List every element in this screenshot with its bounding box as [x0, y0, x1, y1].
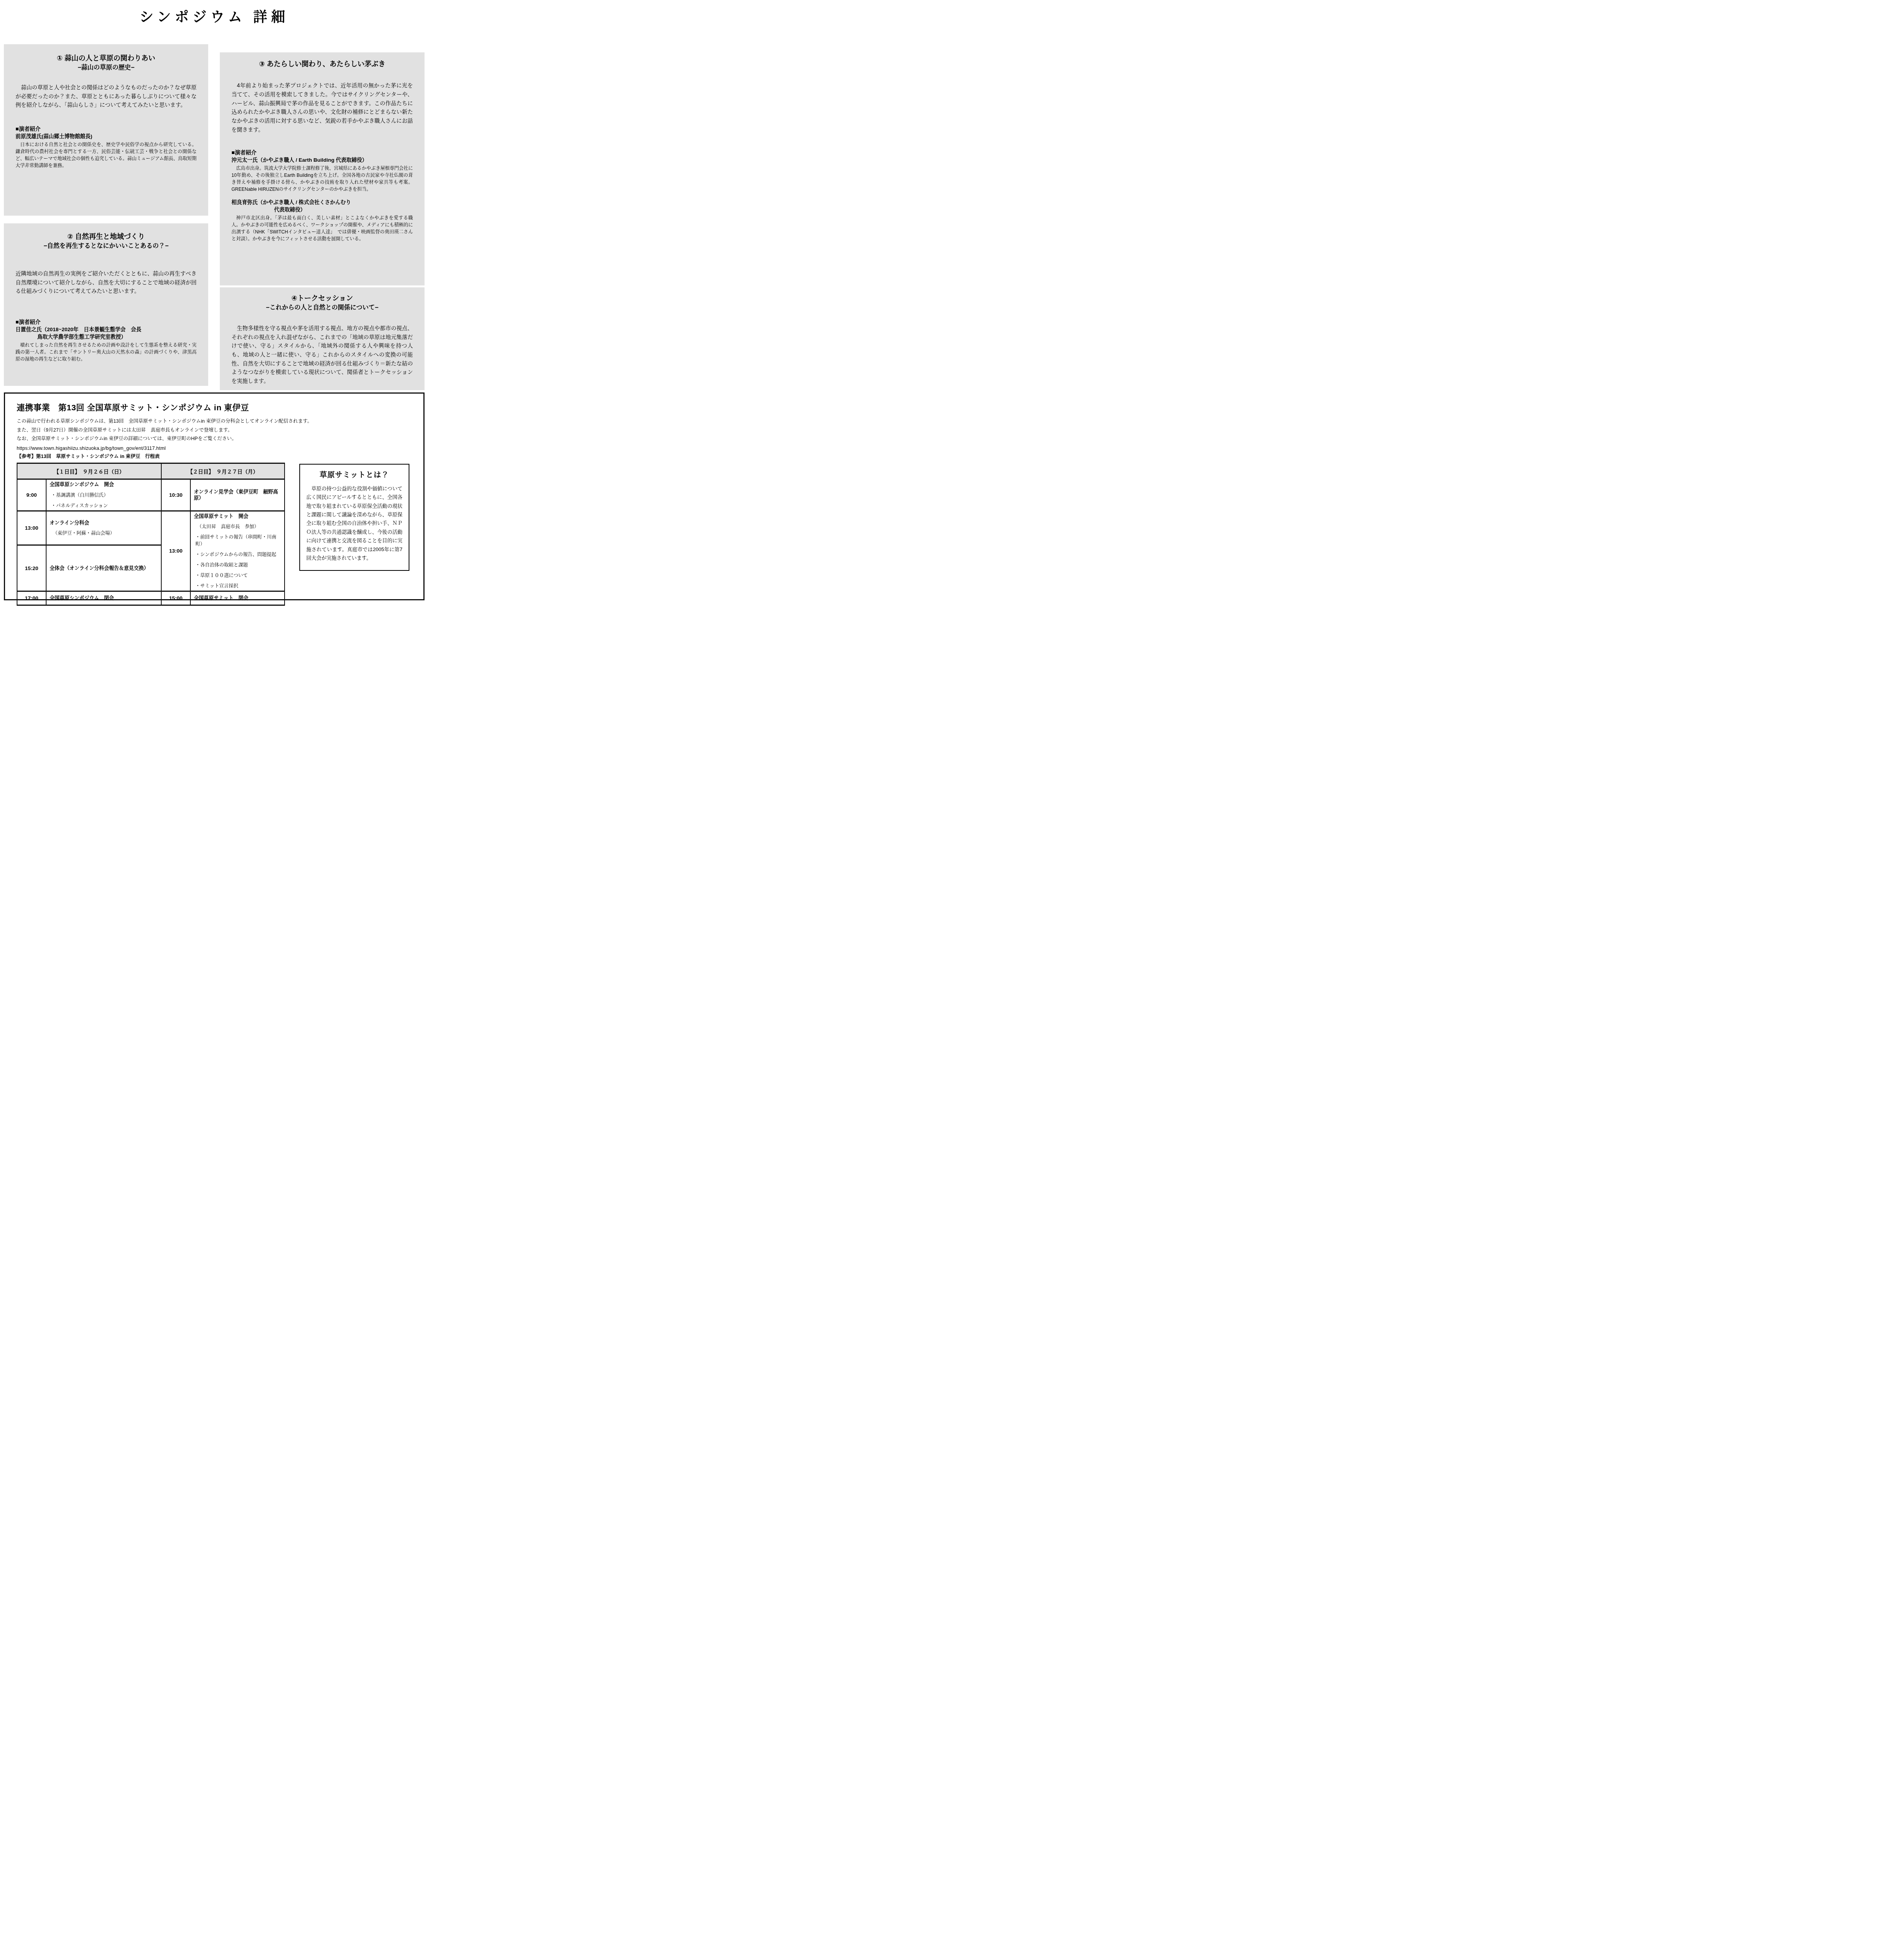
session-1-speakers: ■演者紹介 前原茂雄氏(蒜山郷土博物館館長) 日本における自然と社会との関係史を…: [16, 125, 197, 169]
speakers-label: ■演者紹介: [16, 318, 197, 326]
table-row: 17:00 全国草原シンポジウム 閉会 15:00 全国草原サミット 閉会: [17, 591, 285, 605]
event-title: オンライン見学会（東伊豆町 細野高原）: [194, 489, 281, 501]
session-2-body: 近隣地域の自然再生の実例をご紹介いただくとともに、蒜山の再生すべき自然環境につい…: [16, 269, 197, 296]
speaker-2-name-line1: 相良育弥氏（かやぶき職人 / 株式会社くさかんむり: [231, 199, 413, 206]
table-row: 13:00 オンライン分科会 （東伊豆・阿蘇・蒜山会場） 13:00 全国草原サ…: [17, 511, 285, 545]
event-item: ・各自治体の取組と課題: [194, 561, 281, 568]
schedule-table: 【１日目】 ９月２６日（日） 【２日目】 ９月２７日（月） 9:00 全国草原シ…: [17, 463, 285, 606]
day1-time-4: 17:00: [17, 591, 46, 605]
day1-cell-2: オンライン分科会 （東伊豆・阿蘇・蒜山会場）: [46, 511, 161, 545]
speakers-label: ■演者紹介: [16, 125, 197, 133]
table-row: 9:00 全国草原シンポジウム 開会 ・基調講演（白川勝信氏） ・パネルディスカ…: [17, 479, 285, 511]
partnership-section: 連携事業 第13回 全国草原サミット・シンポジウム in 東伊豆 この蒜山で行わ…: [4, 392, 425, 600]
event-subtitle: （太田昇 真庭市長 参加）: [194, 523, 281, 530]
about-summit-box: 草原サミットとは？ 草原の持つ公益的な役割や価値について広く国民にアピールすると…: [299, 464, 409, 571]
symposium-detail-page: シンポジウム 詳細 ① 蒜山の人と草原の関わりあい −蒜山の草原の歴史− 蒜山の…: [0, 0, 428, 607]
session-1-subheading: −蒜山の草原の歴史−: [16, 64, 197, 72]
session-2-speakers: ■演者紹介 日置佳之氏（2018~2020年 日本景観生態学会 会長 鳥取大学農…: [16, 318, 197, 363]
about-summit-body: 草原の持つ公益的な役割や価値について広く国民にアピールするとともに、全国各地で取…: [306, 484, 402, 562]
page-title: シンポジウム 詳細: [0, 6, 428, 26]
event-item: ・パネルディスカッション: [50, 502, 158, 509]
session-2-card: ② 自然再生と地域づくり −自然を再生するとなにかいいことあるの？− 近隣地域の…: [4, 223, 208, 386]
session-1-heading: ① 蒜山の人と草原の関わりあい: [16, 54, 197, 63]
speaker-name: 前原茂雄氏(蒜山郷土博物館館長): [16, 133, 197, 140]
day1-header: 【１日目】 ９月２６日（日）: [17, 463, 161, 479]
day1-cell-1: 全国草原シンポジウム 開会 ・基調講演（白川勝信氏） ・パネルディスカッション: [46, 479, 161, 511]
session-3-body: 4年前より始まった茅プロジェクトでは、近年活用の無かった茅に光を当てて、その活用…: [231, 81, 413, 134]
session-3-card: ③ あたらしい関わり、あたらしい茅ぶき 4年前より始まった茅プロジェクトでは、近…: [220, 52, 425, 285]
speaker-2-bio: 神戸市北区出身。「茅は最も面白く、美しい素材」とこよなくかやぶきを愛する職人。か…: [231, 214, 413, 242]
event-item: ・前回サミットの報告（串間町・川南町）: [194, 533, 281, 547]
speaker-1-bio: 広島市出身。筑波大学大学院修士課程修了後、宮城県にあるかやぶき屋根専門会社に10…: [231, 165, 413, 193]
session-4-card: ④トークセッション −これからの人と自然との関係について− 生物多様性を守る視点…: [220, 287, 425, 390]
session-1-card: ① 蒜山の人と草原の関わりあい −蒜山の草原の歴史− 蒜山の草原と人や社会との関…: [4, 44, 208, 216]
day1-cell-3: 全体会（オンライン分科会報告＆意見交換）: [46, 545, 161, 591]
event-item: （東伊豆・阿蘇・蒜山会場）: [50, 529, 158, 536]
event-item: ・草原１００選について: [194, 572, 281, 579]
event-item: ・サミット宣言採択: [194, 582, 281, 589]
session-4-subheading: −これからの人と自然との関係について−: [231, 304, 413, 312]
speaker-2: 相良育弥氏（かやぶき職人 / 株式会社くさかんむり 代表取締役） 神戸市北区出身…: [231, 199, 413, 242]
day2-cell-4: 全国草原サミット 閉会: [190, 591, 285, 605]
day2-cell-1: オンライン見学会（東伊豆町 細野高原）: [190, 479, 285, 511]
partnership-description: この蒜山で行われる草原シンポジウムは、第13回 全国草原サミット・シンポジウムi…: [17, 417, 312, 453]
session-3-speakers: ■演者紹介 沖元太一氏（かやぶき職人 / Earth Building 代表取締…: [231, 149, 413, 242]
session-4-body: 生物多様性を守る視点や茅を活用する視点、地方の視点や都市の視点、それぞれの視点を…: [231, 324, 413, 385]
about-summit-title: 草原サミットとは？: [306, 469, 402, 480]
day2-time-1: 10:30: [161, 479, 190, 511]
day2-time-4: 15:00: [161, 591, 190, 605]
day2-cell-2: 全国草原サミット 開会 （太田昇 真庭市長 参加） ・前回サミットの報告（串間町…: [190, 511, 285, 591]
day1-time-3: 15:20: [17, 545, 46, 591]
partnership-url: https://www.town.higashiizu.shizuoka.jp/…: [17, 444, 312, 453]
speaker-name-line1: 日置佳之氏（2018~2020年 日本景観生態学会 会長: [16, 326, 197, 334]
day1-time-2: 13:00: [17, 511, 46, 545]
partnership-line-1: この蒜山で行われる草原シンポジウムは、第13回 全国草原サミット・シンポジウムi…: [17, 417, 312, 426]
day1-cell-4: 全国草原シンポジウム 閉会: [46, 591, 161, 605]
speaker-2-name-line2: 代表取締役）: [231, 206, 413, 214]
event-title: 全国草原サミット 閉会: [194, 595, 281, 601]
speaker-name-line2: 鳥取大学農学部生態工学研究室教授）: [16, 334, 197, 341]
event-item: ・基調講演（白川勝信氏）: [50, 491, 158, 498]
schedule-caption: 【参考】第13回 草原サミット・シンポジウム in 東伊豆 行程表: [17, 453, 160, 460]
session-3-heading: ③ あたらしい関わり、あたらしい茅ぶき: [231, 59, 413, 69]
day1-time-1: 9:00: [17, 479, 46, 511]
speakers-label: ■演者紹介: [231, 149, 413, 156]
partnership-heading: 連携事業 第13回 全国草原サミット・シンポジウム in 東伊豆: [17, 401, 249, 413]
event-title: 全国草原シンポジウム 開会: [50, 481, 158, 488]
session-2-subheading: −自然を再生するとなにかいいことあるの？−: [16, 242, 197, 251]
session-1-body: 蒜山の草原と人や社会との関係はどのようなものだったのか？なぜ草原が必要だったのか…: [16, 83, 197, 109]
event-title: 全国草原サミット 開会: [194, 513, 281, 520]
event-item: ・シンポジウムからの報告、問題提起: [194, 551, 281, 558]
session-4-heading: ④トークセッション: [231, 294, 413, 303]
speaker-1-name: 沖元太一氏（かやぶき職人 / Earth Building 代表取締役）: [231, 157, 413, 164]
speaker-bio: 壊れてしまった自然を再生させるための計画や設計をして生態系を整える研究・実践の第…: [16, 342, 197, 363]
day2-header: 【２日目】 ９月２７日（月）: [161, 463, 285, 479]
session-2-heading: ② 自然再生と地域づくり: [16, 232, 197, 241]
speaker-bio: 日本における自然と社会との関係史を、歴史学や民俗学の視点から研究している。鎌倉時…: [16, 141, 197, 169]
event-title: 全体会（オンライン分科会報告＆意見交換）: [50, 565, 158, 572]
partnership-line-2: また、翌日（9月27日）開催の全国草原サミットには太田昇 真庭市長もオンラインで…: [17, 426, 312, 435]
event-title: オンライン分科会: [50, 520, 158, 526]
event-title: 全国草原シンポジウム 閉会: [50, 595, 158, 601]
partnership-line-3: なお、全国草原サミット・シンポジウムin 東伊豆の詳細については、東伊豆町のHP…: [17, 434, 312, 443]
day2-time-2: 13:00: [161, 511, 190, 591]
